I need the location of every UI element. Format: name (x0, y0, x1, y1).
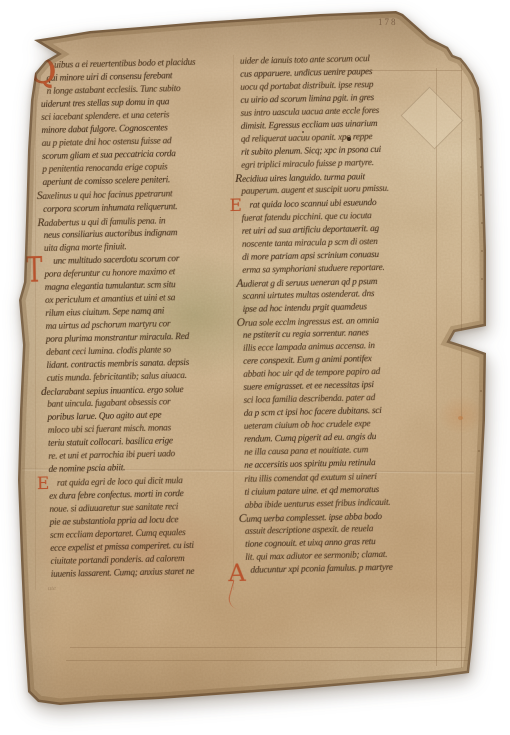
text-column-right: uider de ianuis toto ante scorum oculcus… (240, 52, 439, 578)
line-text: debant ceci lumina. clodis plante so (46, 345, 171, 358)
line-text: uocu qd portabat distribuit. ipse resup (240, 80, 373, 93)
line-text: lit. qui max adiutor ee sermonib; clamat… (245, 550, 387, 563)
line-text: scanni uirtutes multas ostenderat. dns (242, 289, 374, 302)
line-text: qd reliquerat uacuu opanit. xpo reppe (241, 132, 373, 145)
line-text: illis ecce lampada animus accensa. in (243, 341, 375, 354)
versal-initial: O (237, 317, 245, 330)
line-text: n longe astabant ecclesiis. Tunc subito (47, 84, 181, 97)
line-text: au p pietate dni hoc ostensu fuisse ad (42, 137, 172, 150)
line-text: poribus larue. Quo agito aut epe (47, 411, 161, 423)
line-text: rat quida loco scannui ubi esueundo (249, 198, 376, 211)
line-text: rit subito plenum. Sicq; xpc in psona cu… (241, 145, 381, 158)
line-text: lidant. contractis membris sanata. depsi… (46, 358, 189, 371)
rubricated-initial: E (37, 475, 50, 491)
line-text: re. et uni et parrochia ibi pueri uado (48, 450, 175, 463)
leaf-shadow: 178 Quibus a ei reuertentibus bodo et pl… (0, 0, 510, 735)
line-text: uider de ianuis toto ante scorum ocul (240, 54, 370, 67)
rubricated-initial: T (26, 254, 42, 286)
line-text: dducuntur xpi pconia famulus. p martyre (250, 563, 392, 576)
line-text: corpora scorum inhumata reliquerunt. (43, 202, 177, 215)
line-text: ritu illis comendat qd exutum si uineri (244, 472, 376, 485)
line-text: pora deferuntur cu honore maximo et (44, 267, 175, 280)
line-text: fuerat fatendu picchini. que cu iocuta (242, 211, 372, 224)
line-text: cu uirio ad scorum limina pgit. in gres (240, 93, 374, 106)
line-text: sus intro uascula uacua ante eccle fores (241, 106, 380, 119)
line-text: cus apparuere. undicus uenire paupes (240, 67, 372, 80)
line-text: pora plurima monstrantur miracula. Red (46, 332, 189, 345)
line-text: rat quida egri de loco qui dicit mula (57, 476, 183, 489)
line-text: p penitentia renocanda erige copuis (42, 163, 167, 176)
pricking-dot (477, 82, 479, 84)
line-text: tione cognouit. et uixq anno gras retu (245, 537, 375, 550)
initial-flourish-tail (226, 580, 244, 609)
line-text: uiderunt tres stellas sup domu in qua (41, 97, 169, 110)
line-text: noscente tanta miracula p scm di osten (242, 237, 378, 250)
line-text: aperiunt de comisso scelere peniteri. (42, 176, 170, 189)
line-text: ne illa causa pana et nouitiate. cum (244, 446, 368, 459)
line-text: cere conspexit. Eum g animi pontifex (243, 354, 372, 367)
line-text: egri triplici miraculo fuisse p martyre. (241, 158, 374, 171)
line-text: da p scm ct ipsi hoc facere dubitans. sc… (244, 406, 382, 419)
line-text: pie ae substantiola ppria ad locu dce (50, 515, 179, 528)
line-text: cutis munda. febricitantib; salus aiuaca… (47, 371, 187, 384)
line-text: noue. si adiuuaretur sue sanitate reci (49, 502, 178, 515)
line-text: mloco ubi sci fuerant misch. monas (48, 424, 171, 437)
text-block: Quibus a ei reuertentibus bodo et placid… (0, 0, 510, 735)
line-text: suere emigrasset. et ee necessitas ipsi (243, 380, 373, 393)
rubricated-initial: Q (29, 57, 56, 88)
line-text: ecce expelist et pmissa comperiret. cu i… (50, 541, 194, 554)
line-text: pauperum. augent et suscipit uoru pmissu… (241, 184, 389, 197)
line-text: di more patriam apsi scrinium conuasu (242, 250, 379, 263)
line-text: ex dura febre confectus. morti in corde (49, 489, 184, 502)
line-text: ret uiri ad sua artificiu deportauerit. … (242, 224, 379, 237)
line-text: uita digna morte finiuit. (44, 242, 127, 254)
parchment-leaf: 178 Quibus a ei reuertentibus bodo et pl… (0, 0, 510, 735)
margin-mark (24, 148, 27, 153)
line-text: qui minore uiri di consensu ferebant (46, 71, 172, 84)
line-text: minore dabat fulgore. Cognoscentes (41, 124, 167, 137)
line-text: iuuenis lassarent. Cumq; anxius staret n… (51, 567, 195, 580)
line-text: scm eccliam deportaret. Cumq equales (50, 528, 186, 541)
text-line: Adducuntur xpi pconia famulus. p martyre (245, 561, 439, 578)
line-text: erma sa symphoriani studuere reportare. (242, 263, 384, 276)
line-text: assuit descriptione aspexit. de reuela (245, 524, 373, 537)
line-text: sci iacebant splendere. et una ceteris (41, 110, 169, 123)
line-text: unc multitudo sacerdotu scorum cor (53, 254, 179, 267)
line-text: bant uincula. fugabant obsessis cor (47, 398, 170, 411)
line-text: ueteram ciuium ob hoc crudele expe (244, 419, 371, 432)
line-text: rilum eius ciuitum. Sepe namq ani (45, 306, 164, 318)
text-line: iuuenis lassarent. Cumq; anxius staret n… (51, 565, 243, 582)
rubricated-initial: A (228, 562, 245, 584)
line-text: ma uirtus ad pschorum martyru cor (45, 319, 170, 332)
line-text: ne accersitis uos spiritu pmiu retinula (244, 459, 375, 472)
line-text: teriu statuit collocari. basilica erige (48, 437, 173, 450)
faint-offset-mark: ute (48, 585, 56, 592)
line-text: scorum gliam et sua peccatricia corda (42, 150, 176, 163)
line-text: dimisit. Egressus eccliam uas uinarium (241, 119, 378, 132)
rubricated-initial: E (229, 197, 241, 213)
line-text: ne pstiterit cu regia sorrentur. nanes (243, 328, 369, 341)
line-text: uibus a ei reuertentibus bodo et placidu… (54, 58, 195, 71)
line-text: ipse ad hoc intendu prgit quamdeus (243, 302, 367, 315)
line-text: sci loca familia describenda. pater ad (244, 393, 376, 406)
line-text: de nomine pscia abiit. (48, 464, 125, 476)
line-text: ciuitate portandi ponderis. ad calorem (50, 554, 184, 567)
line-text: abbati hoc uir qd de tempore papiro ad (243, 367, 380, 380)
manuscript-photo: 178 Quibus a ei reuertentibus bodo et pl… (0, 0, 510, 735)
text-column-left: Quibus a ei reuertentibus bodo et placid… (40, 56, 243, 582)
line-text: ox periculum et amantius et uini et sa (45, 293, 175, 306)
line-text: neus consiliarius auctoribus indignam (44, 228, 178, 241)
line-text: rendum. Cumq pigerit ad eu. angis du (244, 432, 376, 445)
line-text: magna elegantia tumulantur. scm situ (45, 280, 176, 293)
line-text: abba ibide uenturus esset fribus indicau… (245, 497, 391, 510)
line-text: ti ciuium patare uine. et qd memoratus (244, 485, 379, 498)
